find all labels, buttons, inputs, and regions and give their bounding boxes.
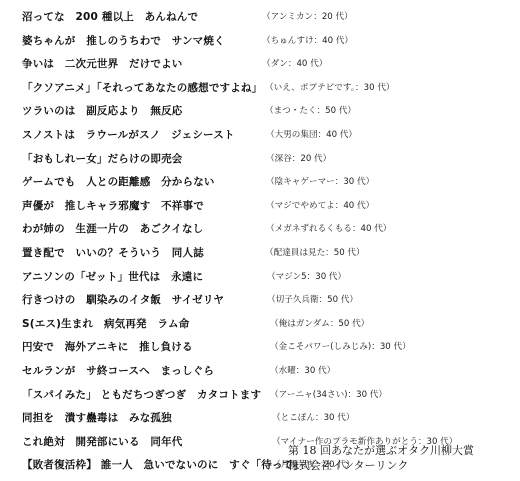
senryu-text: アニソンの「ゼット」世代は 永遠に xyxy=(22,269,203,285)
senryu-text: ツラいのは 副反応より 無反応 xyxy=(22,103,183,119)
author-name: （まつ・たく：50 代） xyxy=(265,103,356,119)
author-name: （切子久兵衛：50 代） xyxy=(267,292,358,308)
senryu-text: 置き配で いいの？そういう 同人誌 xyxy=(22,245,204,261)
author-name: （ダン：40 代） xyxy=(262,56,327,72)
footer: 第 18 回あなたが選ぶオタク川柳大賞 株式会社インターリンク xyxy=(288,443,474,473)
senryu-text: スノストは ラウールがスノ ジェシースト xyxy=(22,127,235,143)
author-name: （マジでやめてよ：40 代） xyxy=(266,198,374,214)
senryu-text: 声優が 推しキャラ邪魔す 不祥事で xyxy=(22,198,204,214)
senryu-text: これ絶対 開発部にいる 同年代 xyxy=(22,434,183,450)
senryu-text: セルランが サ終コースへ まっしぐら xyxy=(22,363,214,379)
author-name: （俺はガンダム：50 代） xyxy=(270,316,369,332)
senryu-text: S(エス)生まれ 病気再発 ラム命 xyxy=(22,316,189,332)
award-title: 第 18 回あなたが選ぶオタク川柳大賞 xyxy=(288,443,474,458)
senryu-text: 「おもしれー女」だらけの即売会 xyxy=(22,151,183,167)
author-name: （金こそパワー(しみじみ)：30 代） xyxy=(270,339,411,355)
senryu-text: 同担を 潰す蠱毒は みな孤独 xyxy=(22,410,172,426)
author-name: （配達員は見た：50 代） xyxy=(265,245,365,261)
senryu-text: 争いは 二次元世界 だけでよい xyxy=(22,56,183,72)
senryu-text: ゲームでも 人との距離感 分からない xyxy=(22,174,215,190)
company-name: 株式会社インターリンク xyxy=(288,458,474,473)
senryu-text: 行きつけの 馴染みのイタ飯 サイゼリヤ xyxy=(22,292,224,308)
author-name: （アーニャ(34さい)：30 代） xyxy=(270,387,387,403)
senryu-text: 「スパイみた」 ともだちつぎつぎ カタコトます xyxy=(22,387,261,403)
author-name: （水曜：30 代） xyxy=(270,363,335,379)
author-name: （メガネずれるくもる：40 代） xyxy=(266,221,391,237)
author-name: （ちゅんすけ：40 代） xyxy=(262,33,353,49)
author-name: （アンミカン：20 代） xyxy=(262,9,353,25)
senryu-text: わが姉の 生涯一片の あごクイなし xyxy=(22,221,203,237)
author-name: （いえ、ポプテピです。：30 代） xyxy=(265,80,395,96)
author-name: （陰キャゲーマー：30 代） xyxy=(266,174,374,190)
senryu-text: 沼ってな 200 種以上 あんねんで xyxy=(22,9,198,25)
senryu-text: 婆ちゃんが 推しのうちわで サンマ焼く xyxy=(22,33,225,49)
senryu-text: 「クソアニメ」「それってあなたの感想ですよね」 xyxy=(22,80,262,96)
senryu-text: 【敗者復活枠】 誰一人 急いでないのに すぐ「待って」 xyxy=(22,457,304,473)
author-name: （とこぽん：30 代） xyxy=(272,410,354,426)
author-name: （マジン5：30 代） xyxy=(267,269,346,285)
author-name: （深谷：20 代） xyxy=(266,151,331,167)
senryu-text: 円安で 海外アニキに 推し負ける xyxy=(22,339,193,355)
author-name: （大男の集団：40 代） xyxy=(266,127,357,143)
